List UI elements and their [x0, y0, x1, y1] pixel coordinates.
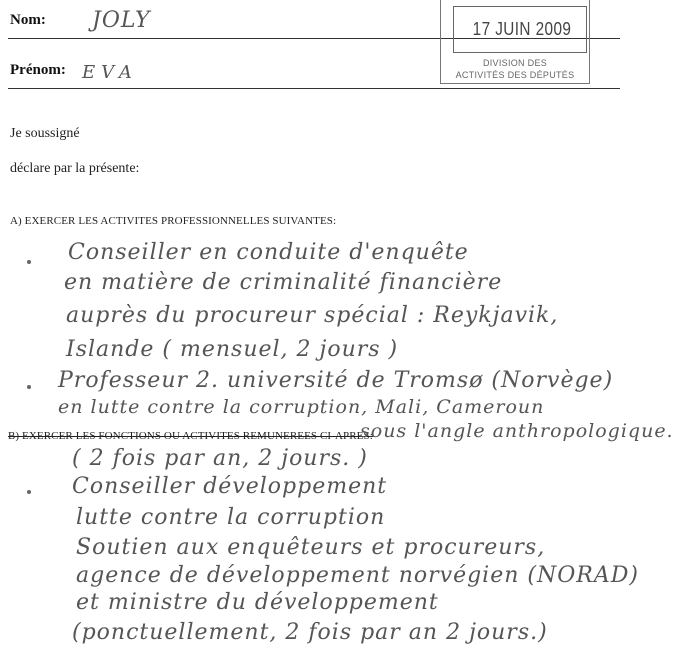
- prenom-label: Prénom:: [10, 62, 66, 79]
- prenom-value: EVA: [82, 62, 138, 83]
- bullet-a1: [27, 260, 31, 264]
- section-b-title: B) EXERCER LES FONCTIONS OU ACTIVITES RE…: [8, 430, 373, 442]
- section-b-entry-1-line-2: lutte contre la corruption: [76, 505, 385, 530]
- section-a-entry-1-line-3: auprès du procureur spécial : Reykjavik,: [66, 303, 558, 328]
- section-b-entry-1-line-4: agence de développement norvégien (NORAD…: [76, 563, 639, 588]
- bullet-a2: [27, 385, 31, 389]
- nom-label: Nom:: [10, 12, 46, 29]
- section-a-entry-2-line-4: ( 2 fois par an, 2 jours. ): [72, 446, 368, 471]
- stamp-date: 17 JUIN 2009: [471, 19, 573, 40]
- section-a-entry-1-line-1: Conseiller en conduite d'enquête: [68, 240, 469, 265]
- intro-line-1: Je soussigné: [10, 126, 80, 142]
- section-b-entry-1-line-1: Conseiller développement: [72, 474, 387, 499]
- section-b-entry-1-line-6: (ponctuellement, 2 fois par an 2 jours.): [72, 620, 548, 645]
- section-a-entry-1-line-2: en matière de criminalité financière: [64, 270, 502, 295]
- stamp-activites: ACTIVITÉS DES DÉPUTÉS: [440, 70, 590, 80]
- section-a-entry-2-line-1: Professeur 2. université de Tromsø (Norv…: [58, 368, 613, 393]
- section-a-entry-1-line-4: Islande ( mensuel, 2 jours ): [66, 337, 398, 362]
- section-b-entry-1-line-3: Soutien aux enquêteurs et procureurs,: [76, 535, 545, 560]
- nom-value: JOLY: [92, 8, 151, 33]
- stamp-division: DIVISION DES: [440, 58, 590, 68]
- section-b-entry-1-line-5: et ministre du développement: [76, 590, 439, 615]
- section-a-entry-2-line-3: sous l'angle anthropologique.: [360, 420, 674, 442]
- section-a-entry-2-line-2: en lutte contre la corruption, Mali, Cam…: [58, 396, 544, 418]
- intro-line-2: déclare par la présente:: [10, 161, 139, 177]
- bullet-b1: [27, 490, 31, 494]
- prenom-underline: [8, 88, 620, 89]
- section-a-title: A) EXERCER LES ACTIVITES PROFESSIONNELLE…: [10, 215, 336, 227]
